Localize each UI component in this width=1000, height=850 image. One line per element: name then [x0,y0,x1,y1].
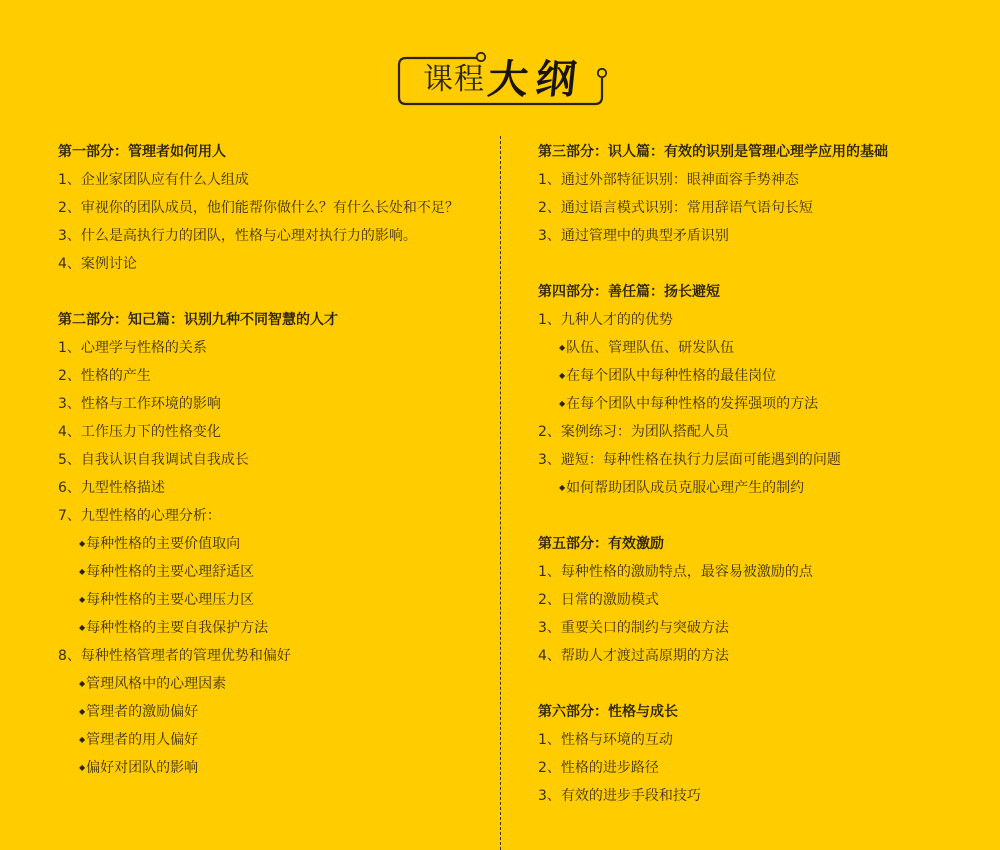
diamond-bullet-icon: ◆ [79,586,85,614]
subitem-text: 管理者的激励偏好 [86,704,198,720]
outline-item: 1、每种性格的激励特点，最容易被激励的点 [538,558,978,586]
outline-subitem: ◆每种性格的主要心理舒适区 [58,558,478,586]
outline-subitem: ◆如何帮助团队成员克服心理产生的制约 [538,474,978,502]
outline-subitem: ◆管理者的激励偏好 [58,698,478,726]
outline-item: 3、重要关口的制约与突破方法 [538,614,978,642]
section-heading: 第二部分：知己篇：识别九种不同智慧的人才 [58,306,478,334]
outline-item: 2、性格的产生 [58,362,478,390]
outline-item: 2、日常的激励模式 [538,586,978,614]
diamond-bullet-icon: ◆ [559,474,565,502]
section-heading: 第三部分：识人篇：有效的识别是管理心理学应用的基础 [538,138,978,166]
outline-section: 第六部分：性格与成长1、性格与环境的互动2、性格的进步路径3、有效的进步手段和技… [538,698,978,810]
column-divider [500,136,501,850]
diamond-bullet-icon: ◆ [79,558,85,586]
subitem-text: 如何帮助团队成员克服心理产生的制约 [566,480,804,496]
title-light-text: 课程 [423,63,485,97]
diamond-bullet-icon: ◆ [79,754,85,782]
outline-item: 6、九型性格描述 [58,474,478,502]
outline-item: 3、性格与工作环境的影响 [58,390,478,418]
subitem-text: 管理者的用人偏好 [86,732,198,748]
outline-subitem: ◆每种性格的主要自我保护方法 [58,614,478,642]
outline-item: 4、案例讨论 [58,250,478,278]
outline-item: 3、有效的进步手段和技巧 [538,782,978,810]
subitem-text: 每种性格的主要心理压力区 [86,592,254,608]
diamond-bullet-icon: ◆ [559,390,565,418]
outline-item: 1、九种人才的的优势 [538,306,978,334]
subitem-text: 管理风格中的心理因素 [86,676,226,692]
right-column: 第三部分：识人篇：有效的识别是管理心理学应用的基础1、通过外部特征识别：眼神面容… [538,138,978,838]
outline-item: 3、避短：每种性格在执行力层面可能遇到的问题 [538,446,978,474]
outline-item: 1、性格与环境的互动 [538,726,978,754]
outline-section: 第四部分：善任篇：扬长避短1、九种人才的的优势◆队伍、管理队伍、研发队伍◆在每个… [538,278,978,502]
diamond-bullet-icon: ◆ [79,726,85,754]
diamond-bullet-icon: ◆ [79,614,85,642]
outline-item: 3、通过管理中的典型矛盾识别 [538,222,978,250]
outline-item: 2、审视你的团队成员，他们能帮你做什么？有什么长处和不足？ [58,194,478,222]
outline-subitem: ◆队伍、管理队伍、研发队伍 [538,334,978,362]
title-bold-text: 大纲 [486,58,587,102]
subitem-text: 队伍、管理队伍、研发队伍 [566,340,734,356]
diamond-bullet-icon: ◆ [79,670,85,698]
diamond-bullet-icon: ◆ [79,698,85,726]
outline-item: 1、心理学与性格的关系 [58,334,478,362]
outline-subitem: ◆每种性格的主要心理压力区 [58,586,478,614]
outline-item: 1、通过外部特征识别：眼神面容手势神态 [538,166,978,194]
outline-section: 第三部分：识人篇：有效的识别是管理心理学应用的基础1、通过外部特征识别：眼神面容… [538,138,978,250]
outline-item: 4、工作压力下的性格变化 [58,418,478,446]
outline-section: 第二部分：知己篇：识别九种不同智慧的人才1、心理学与性格的关系2、性格的产生3、… [58,306,478,782]
diamond-bullet-icon: ◆ [559,334,565,362]
subitem-text: 每种性格的主要自我保护方法 [86,620,268,636]
subitem-text: 在每个团队中每种性格的最佳岗位 [566,368,776,384]
outline-item: 2、案例练习：为团队搭配人员 [538,418,978,446]
section-heading: 第六部分：性格与成长 [538,698,978,726]
outline-subitem: ◆偏好对团队的影响 [58,754,478,782]
outline-subitem: ◆每种性格的主要价值取向 [58,530,478,558]
page-title: 课程 大纲 [396,50,608,108]
section-heading: 第五部分：有效激励 [538,530,978,558]
outline-item: 4、帮助人才渡过高原期的方法 [538,642,978,670]
outline-section: 第五部分：有效激励1、每种性格的激励特点，最容易被激励的点2、日常的激励模式3、… [538,530,978,670]
outline-item: 3、什么是高执行力的团队，性格与心理对执行力的影响。 [58,222,478,250]
outline-subitem: ◆在每个团队中每种性格的发挥强项的方法 [538,390,978,418]
outline-item: 8、每种性格管理者的管理优势和偏好 [58,642,478,670]
left-column: 第一部分：管理者如何用人1、企业家团队应有什么人组成2、审视你的团队成员，他们能… [58,138,478,810]
diamond-bullet-icon: ◆ [79,530,85,558]
subitem-text: 偏好对团队的影响 [86,760,198,776]
outline-subitem: ◆管理风格中的心理因素 [58,670,478,698]
section-heading: 第一部分：管理者如何用人 [58,138,478,166]
subitem-text: 每种性格的主要心理舒适区 [86,564,254,580]
outline-item: 2、性格的进步路径 [538,754,978,782]
section-heading: 第四部分：善任篇：扬长避短 [538,278,978,306]
outline-item: 5、自我认识自我调试自我成长 [58,446,478,474]
diamond-bullet-icon: ◆ [559,362,565,390]
outline-subitem: ◆管理者的用人偏好 [58,726,478,754]
outline-item: 2、通过语言模式识别：常用辞语气语句长短 [538,194,978,222]
outline-subitem: ◆在每个团队中每种性格的最佳岗位 [538,362,978,390]
subitem-text: 在每个团队中每种性格的发挥强项的方法 [566,396,818,412]
subitem-text: 每种性格的主要价值取向 [86,536,240,552]
outline-item: 1、企业家团队应有什么人组成 [58,166,478,194]
outline-item: 7、九型性格的心理分析： [58,502,478,530]
outline-section: 第一部分：管理者如何用人1、企业家团队应有什么人组成2、审视你的团队成员，他们能… [58,138,478,278]
